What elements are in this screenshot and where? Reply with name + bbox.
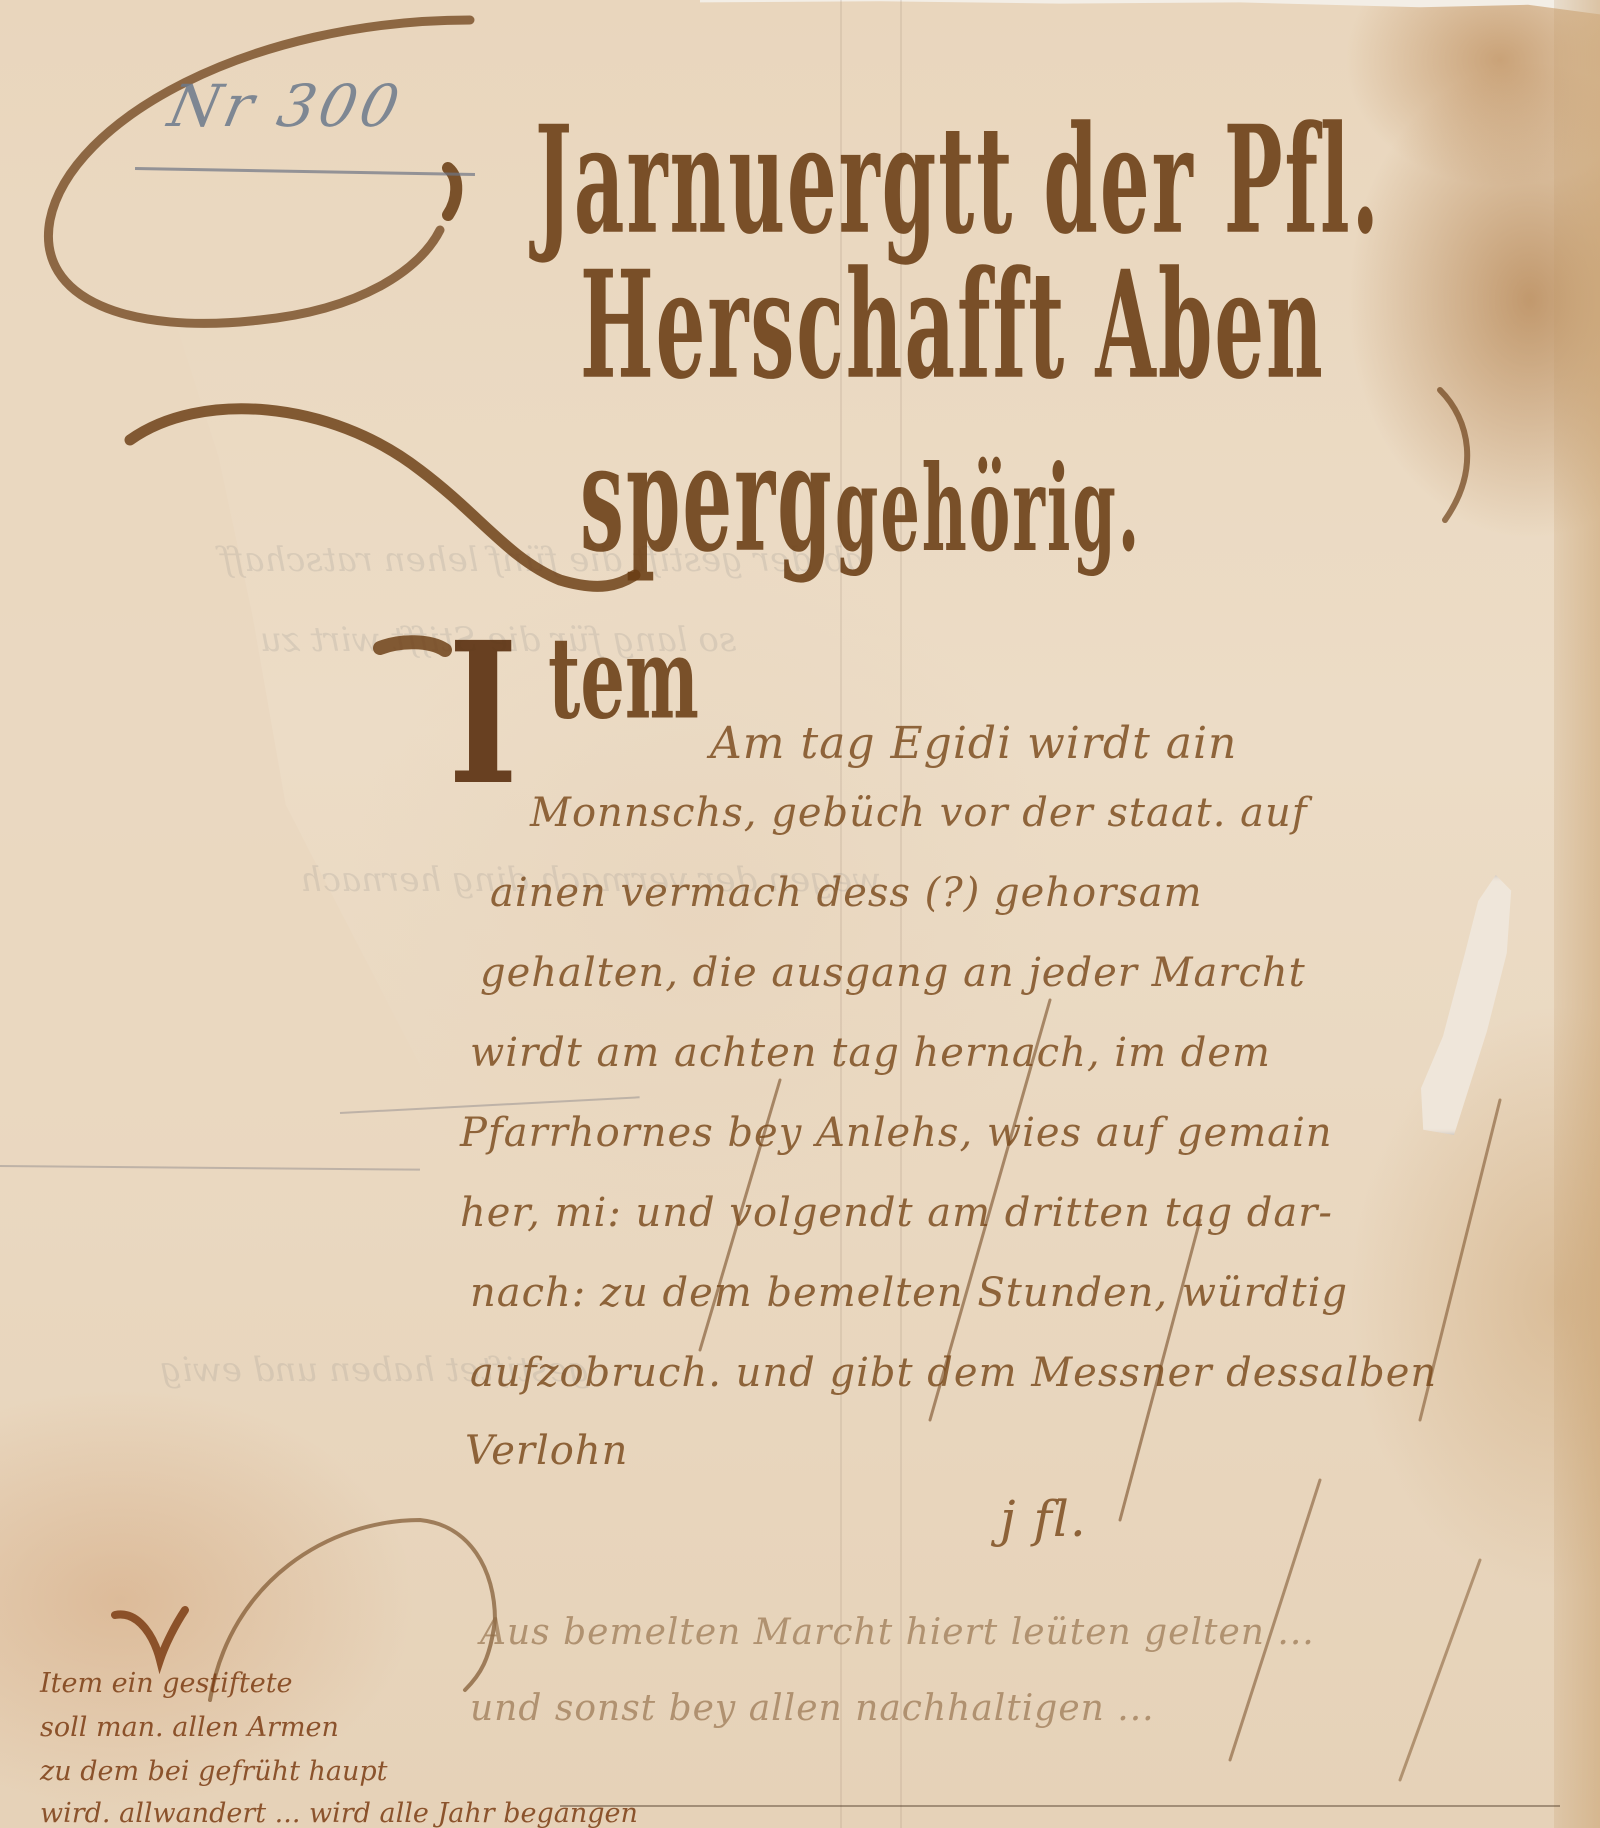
archive-number: Nr 300 (163, 72, 409, 140)
amount-value: j fl. (1000, 1490, 1087, 1548)
body-line: gehalten, die ausgang an jeder Marcht (480, 950, 1306, 996)
heading-line-3: gehörig. (835, 440, 1141, 579)
margin-note-line: Item ein gestiftete (40, 1668, 293, 1699)
body-line: Verlohn (465, 1428, 628, 1474)
margin-note-line: zu dem bei gefrüht haupt (40, 1756, 388, 1787)
bottom-edge-line (560, 1805, 1560, 1807)
manuscript-page: ab der gestift die fünf lehen ratschaff … (0, 0, 1600, 1828)
body-line: Am tag Egidi wirdt ain (710, 718, 1237, 769)
decorated-initial: I (448, 600, 518, 829)
initial-word-rest: tem (548, 612, 699, 745)
body-line: wirdt am achten tag hernach, im dem (470, 1030, 1271, 1076)
body-line: her, mi: und volgendt am dritten tag dar… (460, 1190, 1333, 1236)
body-line: Pfarrhornes bey Anlehs, wies auf gemain (460, 1110, 1333, 1156)
margin-note-line: wird. allwandert ... wird alle Jahr bega… (40, 1798, 638, 1828)
margin-note-line: soll man. allen Armen (40, 1712, 339, 1743)
closing-line: und sonst bey allen nachhaltigen ... (470, 1688, 1155, 1729)
body-line: ainen vermach dess (?) gehorsam (490, 870, 1203, 916)
body-line: Monnschs, gebüch vor der staat. auf (530, 790, 1308, 836)
closing-line: Aus bemelten Marcht hiert leüten gelten … (480, 1612, 1315, 1653)
body-line: aufzobruch. und gibt dem Messner dessalb… (470, 1350, 1437, 1396)
body-line: nach: zu dem bemelten Stunden, würdtig (470, 1270, 1348, 1316)
